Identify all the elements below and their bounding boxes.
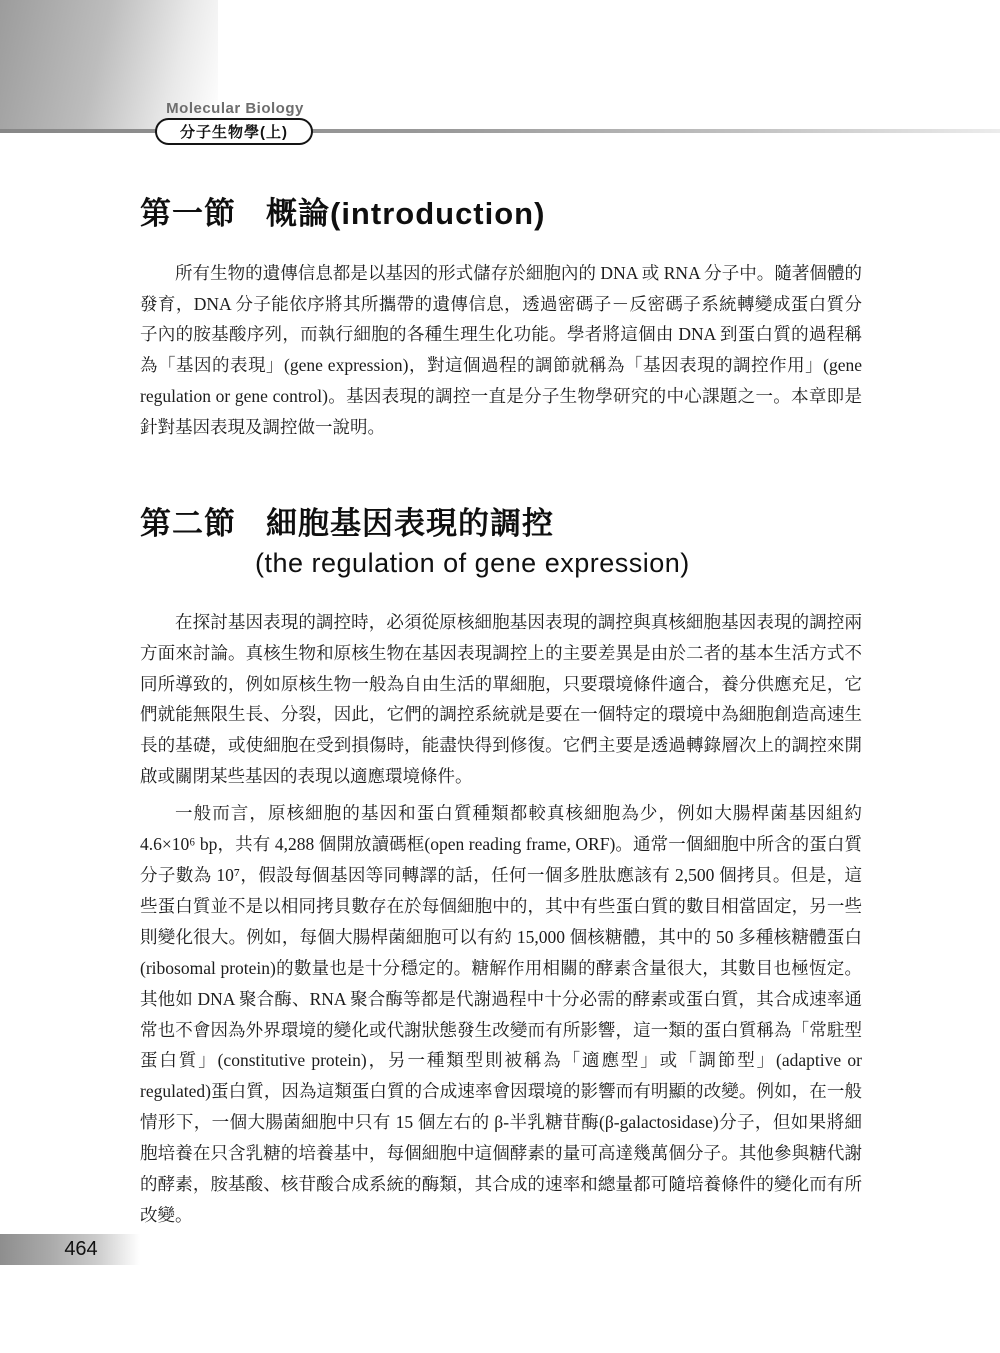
section1-number: 第一節 [140,196,236,231]
section2-number: 第二節 [140,506,236,541]
section2-paragraph-2: 一般而言，原核細胞的基因和蛋白質種類都較真核細胞為少，例如大腸桿菌基因組約 4.… [140,798,862,1231]
book-page: Molecular Biology 分子生物學(上) 第一節概論(introdu… [0,0,1000,1353]
section2-heading: 第二節細胞基因表現的調控 [140,506,862,542]
header-divider-line [0,129,1000,133]
section2-heading-block: 第二節細胞基因表現的調控 (the regulation of gene exp… [140,506,862,579]
section2-subtitle-english: (the regulation of gene expression) [255,548,862,579]
section2-title-text: 細胞基因表現的調控 [266,506,554,541]
section2-paragraph-1: 在探討基因表現的調控時，必須從原核細胞基因表現的調控與真核細胞基因表現的調控兩方… [140,607,862,792]
series-title-english: Molecular Biology [150,100,320,117]
section1-paragraph: 所有生物的遺傳信息都是以基因的形式儲存於細胞內的 DNA 或 RNA 分子中。隨… [140,258,862,443]
page-content: 第一節概論(introduction) 所有生物的遺傳信息都是以基因的形式儲存於… [140,196,862,1231]
section1-heading: 第一節概論(introduction) [140,196,862,232]
page-number-bar: 464 [0,1234,140,1265]
page-number: 464 [64,1238,97,1261]
book-title-badge: 分子生物學(上) [155,118,313,145]
section1-title-text: 概論(introduction) [266,196,545,231]
book-title-label: 分子生物學(上) [180,121,288,142]
